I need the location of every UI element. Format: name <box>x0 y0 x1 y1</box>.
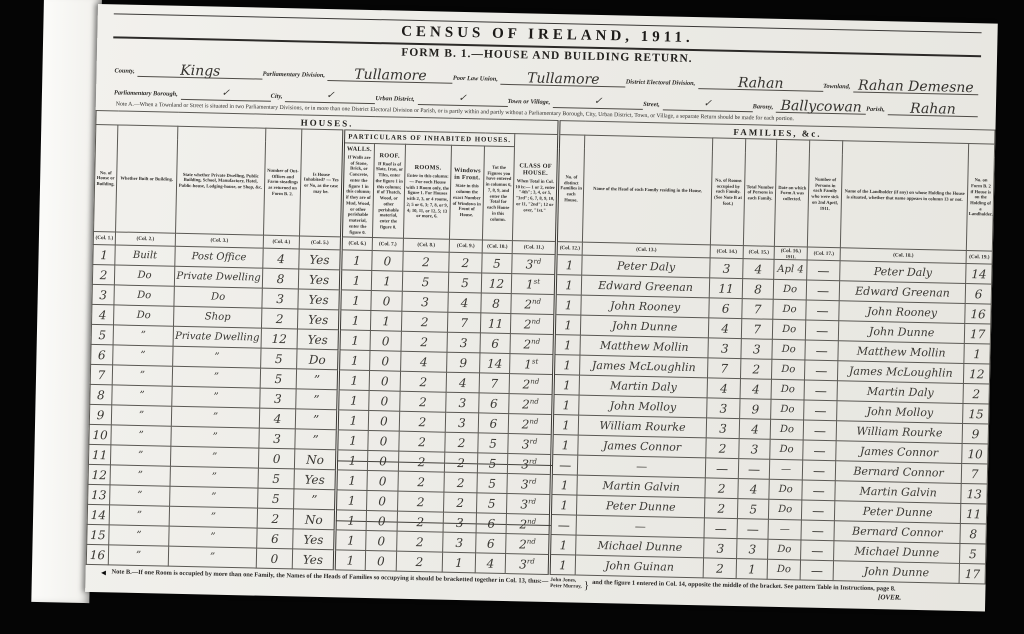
cell-rooms: 5 <box>402 271 448 292</box>
col-1-desc: No. of House or Building. <box>95 168 116 190</box>
cell-built: Do <box>114 265 174 286</box>
cell-walls: 1 <box>341 250 372 271</box>
field-value: Tullamore <box>501 72 626 88</box>
cell-inhabited: No <box>293 509 335 530</box>
cell-type: ” <box>168 546 256 568</box>
cell-families: 1 <box>556 255 582 276</box>
cell-date: Do <box>772 320 805 341</box>
cell-class: 2nd <box>506 514 551 535</box>
field-label: Town or Village, <box>507 98 553 108</box>
col-19-desc: No. on Form B. 2 if House is on the Hold… <box>968 175 994 220</box>
cell-landholder: William Rourke <box>836 421 962 444</box>
cell-form_no: 1 <box>964 344 991 365</box>
index-marker-icon: ◄ <box>99 568 107 579</box>
cell-landholder: John Molloy <box>837 401 963 424</box>
cell-sick: — <box>805 360 838 381</box>
cell-inhabited: Yes <box>297 329 339 350</box>
cell-class: 2nd <box>510 314 555 335</box>
field-value: ✓ <box>285 89 375 104</box>
cell-inhabited: ” <box>295 429 337 450</box>
cell-sick: — <box>804 400 837 421</box>
cell-persons: 4 <box>739 419 770 440</box>
col-19-header: No. on Form B. 2 if House is on the Hold… <box>966 144 994 252</box>
field-label: Urban District, <box>375 95 417 105</box>
cell-families: 1 <box>552 415 578 436</box>
cell-inhabited: ” <box>295 409 337 430</box>
cell-windows: 2 <box>449 253 482 274</box>
cell-built: ” <box>113 345 173 366</box>
cell-sick: — <box>803 440 836 461</box>
cell-inhabited: Yes <box>298 269 340 290</box>
col-label: (Col. 5.) <box>299 236 341 250</box>
col-1-header: No. of House or Building. <box>94 124 118 232</box>
col-11-header: CLASS OF HOUSE. When Total in Col. 10 is… <box>512 134 558 242</box>
cell-windows: 2 <box>445 432 478 453</box>
col-10-header: Tot the Figures you have entered in colu… <box>482 146 514 241</box>
cell-families: 1 <box>549 555 575 576</box>
cell-built: Built <box>115 245 175 266</box>
col-label: (Col. 2.) <box>115 232 175 246</box>
cell-outoffices: 5 <box>258 468 294 489</box>
col-label: (Col. 16.)1911. <box>774 247 807 261</box>
col-label: (Col. 10.) <box>482 240 512 254</box>
cell-date: Do <box>772 360 805 381</box>
col-label: (Col. 17.) <box>807 247 840 261</box>
cell-date: Do <box>770 440 803 461</box>
cell-head: Matthew Mollin <box>580 335 708 358</box>
cell-total: 4 <box>475 553 505 574</box>
cell-families: 1 <box>553 395 579 416</box>
cell-built: ” <box>111 425 171 446</box>
cell-no: 6 <box>91 345 113 365</box>
cell-families: — <box>550 515 576 536</box>
cell-head: John Guinan <box>575 555 703 578</box>
cell-rooms: 4 <box>401 351 447 372</box>
cell-roof: 0 <box>371 291 402 312</box>
cell-class: 2nd <box>508 414 553 435</box>
col-17-header: Number of Persons in each Family who wer… <box>807 140 842 248</box>
cell-type: ” <box>170 486 258 508</box>
cell-landholder: John Dunne <box>833 561 959 584</box>
cell-form_no: 5 <box>960 544 987 565</box>
col-11-desc: When Total in Col. 10 is:— 1 or 2, enter… <box>514 176 557 215</box>
cell-inhabited: Yes <box>294 469 336 490</box>
cell-inhabited: Yes <box>292 549 334 570</box>
cell-windows: 3 <box>445 412 478 433</box>
cell-families: 1 <box>550 535 576 556</box>
cell-windows: 9 <box>447 352 480 373</box>
cell-windows: 5 <box>448 272 481 293</box>
cell-roof: 0 <box>366 531 397 552</box>
cell-form_no: 10 <box>962 444 989 465</box>
cell-walls: 1 <box>334 550 365 571</box>
cell-type: Shop <box>173 307 261 329</box>
cell-form_no: 16 <box>965 304 992 325</box>
cell-total: 6 <box>476 533 506 554</box>
cell-rooms: 2 <box>397 531 443 552</box>
cell-outoffices: 5 <box>258 488 294 509</box>
cell-type: ” <box>171 426 259 448</box>
cell-landholder: John Dunne <box>838 321 964 344</box>
cell-sick: — <box>802 480 835 501</box>
cell-form_no: 12 <box>964 364 991 385</box>
cell-form_no: 15 <box>963 404 990 425</box>
cell-rooms_occ: 2 <box>703 558 736 579</box>
cell-walls: 1 <box>337 410 368 431</box>
cell-head: James Connor <box>578 435 706 458</box>
cell-head: John Rooney <box>581 295 709 318</box>
example-name-2: Peter Murray, <box>550 583 582 590</box>
cell-rooms_occ: 7 <box>708 358 741 379</box>
cell-landholder: John Rooney <box>839 301 965 324</box>
cell-head: John Molloy <box>579 395 707 418</box>
col-12-desc: No. of distinct Families in each House. <box>559 172 584 205</box>
cell-sick: — <box>802 460 835 481</box>
cell-type: Private Dwelling <box>173 327 261 349</box>
cell-landholder: James Connor <box>836 441 962 464</box>
cell-sick: — <box>801 520 834 541</box>
cell-persons: 4 <box>740 379 771 400</box>
cell-walls: 1 <box>339 310 370 331</box>
col-9-desc: State in this column the exact Number of… <box>450 181 483 220</box>
col-label: (Col. 4.) <box>263 235 299 249</box>
cell-rooms: 2 <box>400 391 446 412</box>
cell-sick: — <box>801 540 834 561</box>
cell-landholder: Matthew Mollin <box>838 341 964 364</box>
cell-date: Do <box>769 500 802 521</box>
cell-landholder: Martin Daly <box>837 381 963 404</box>
cell-outoffices: 12 <box>261 328 297 349</box>
cell-rooms: 2 <box>399 411 445 432</box>
cell-head: Martin Galvin <box>577 475 705 498</box>
cell-landholder: Peter Daly <box>840 261 966 284</box>
cell-walls: 1 <box>335 530 366 551</box>
col-label: (Col. 14.) <box>710 245 743 259</box>
cell-outoffices: 4 <box>263 248 299 269</box>
col-label: (Col. 12.) <box>556 242 582 256</box>
cell-form_no: 8 <box>960 524 987 545</box>
cell-rooms: 2 <box>398 451 444 472</box>
cell-date: — <box>768 520 801 541</box>
cell-rooms: 2 <box>398 491 444 512</box>
field-value: Rahan <box>888 102 978 117</box>
cell-outoffices: 8 <box>262 268 298 289</box>
cell-rooms_occ: 3 <box>710 258 743 279</box>
cell-rooms: 2 <box>401 331 447 352</box>
cell-roof: 0 <box>366 511 397 532</box>
cell-rooms_occ: — <box>705 458 738 479</box>
cell-type: Private Dwelling <box>174 267 262 289</box>
cell-total: 5 <box>476 493 506 514</box>
cell-total: 6 <box>478 413 508 434</box>
cell-no: 9 <box>89 405 111 425</box>
cell-no: 7 <box>90 365 112 385</box>
note-b-example-names: John Jones, Peter Murray, <box>550 578 582 591</box>
cell-outoffices: 6 <box>257 528 293 549</box>
cell-type: ” <box>170 446 258 468</box>
cell-class: 3rd <box>508 434 553 455</box>
cell-built: Do <box>114 285 174 306</box>
col-8-header: ROOMS. Enter in this column:— For each H… <box>403 144 451 239</box>
col-13-desc: Name of the Head of each Family residing… <box>584 184 711 197</box>
cell-date: Do <box>773 280 806 301</box>
cell-roof: 0 <box>367 471 398 492</box>
cell-head: Peter Dunne <box>577 495 705 518</box>
cell-head: — <box>576 515 704 538</box>
cell-class: 2nd <box>511 294 556 315</box>
col-3-desc: State whether Private Dwelling, Public B… <box>177 169 264 192</box>
cell-outoffices: 5 <box>261 348 297 369</box>
cell-inhabited: Do <box>297 349 339 370</box>
col-7-header: ROOF. If Roof is of Slate, Iron, or Tile… <box>372 144 405 239</box>
col-14-header: No. of Rooms occupied by each Family. (S… <box>710 138 745 246</box>
cell-rooms_occ: 2 <box>705 498 738 519</box>
cell-rooms: 2 <box>396 551 442 572</box>
cell-date: — <box>769 460 802 481</box>
cell-date: Do <box>772 340 805 361</box>
cell-windows: 2 <box>443 492 476 513</box>
col-7-desc: If Roof is of Slate, Iron, or Tiles, ent… <box>373 159 405 232</box>
cell-form_no: 14 <box>966 264 993 285</box>
cell-no: 3 <box>92 285 114 305</box>
cell-built: ” <box>110 465 170 486</box>
cell-type: ” <box>169 526 257 548</box>
cell-families: 1 <box>555 315 581 336</box>
cell-walls: 1 <box>340 270 371 291</box>
cell-rooms_occ: 3 <box>708 338 741 359</box>
col-12-header: No. of distinct Families in each House. <box>557 135 585 243</box>
cell-type: ” <box>172 386 260 408</box>
cell-walls: 1 <box>339 350 370 371</box>
cell-class: 2nd <box>509 374 554 395</box>
cell-rooms: 3 <box>402 291 448 312</box>
year-note: 1911. <box>775 254 807 260</box>
field-value: ✓ <box>181 87 271 102</box>
col-label: (Col. 15.) <box>743 246 774 260</box>
cell-head: James McLoughlin <box>580 355 708 378</box>
cell-inhabited: Yes <box>293 529 335 550</box>
cell-built: ” <box>112 385 172 406</box>
col-7-title: ROOF. <box>375 150 405 160</box>
cell-landholder: Peter Dunne <box>835 501 961 524</box>
cell-outoffices: 0 <box>256 548 292 569</box>
cell-total: 5 <box>477 473 507 494</box>
field-label: Townland, <box>823 83 853 93</box>
cell-persons: 8 <box>742 279 773 300</box>
cell-total: 11 <box>480 313 510 334</box>
cell-total: 6 <box>480 333 510 354</box>
cell-persons: 3 <box>739 439 770 460</box>
cell-type: ” <box>171 406 259 428</box>
col-11-title: CLASS OF HOUSE. <box>514 160 556 177</box>
cell-walls: 1 <box>340 290 371 311</box>
cell-landholder: Edward Greenan <box>839 281 965 304</box>
field-label: Parliamentary Division, <box>263 71 328 81</box>
cell-no: 1 <box>93 245 115 265</box>
cell-rooms_occ: 2 <box>706 438 739 459</box>
col-15-header: Total Number of Persons in each Family. <box>743 139 776 247</box>
cell-total: 12 <box>481 273 511 294</box>
field-value: ✓ <box>663 97 753 112</box>
cell-class: 3rd <box>507 454 552 475</box>
cell-class: 3rd <box>512 254 557 275</box>
field-label: County, <box>114 67 137 77</box>
field-value: ✓ <box>417 92 507 107</box>
cell-rooms: 2 <box>401 311 447 332</box>
cell-windows: 4 <box>446 372 479 393</box>
cell-head: Michael Dunne <box>576 535 704 558</box>
cell-persons: 5 <box>738 499 769 520</box>
cell-no: 8 <box>90 385 112 405</box>
cell-class: 2nd <box>506 534 551 555</box>
cell-sick: — <box>804 380 837 401</box>
col-10-desc: Tot the Figures you have entered in colu… <box>483 162 513 224</box>
field-value: Rahan Demesne <box>853 80 978 96</box>
cell-class: 1st <box>510 354 555 375</box>
cell-rooms_occ: 4 <box>707 378 740 399</box>
cell-persons: — <box>738 459 769 480</box>
cell-head: William Rourke <box>578 415 706 438</box>
cell-head: Edward Greenan <box>581 275 709 298</box>
cell-total: 5 <box>477 453 507 474</box>
cell-walls: 1 <box>338 370 369 391</box>
cell-outoffices: 0 <box>258 448 294 469</box>
cell-families: 1 <box>555 295 581 316</box>
col-13-header: Name of the Head of each Family residing… <box>583 135 713 245</box>
cell-persons: 3 <box>737 539 768 560</box>
cell-class: 2nd <box>509 394 554 415</box>
col-6-desc: If Walls are of Stone, Brick, or Concret… <box>343 152 374 237</box>
cell-persons: 2 <box>741 359 772 380</box>
cell-rooms_occ: 3 <box>706 418 739 439</box>
cell-built: ” <box>109 505 169 526</box>
cell-roof: 0 <box>368 431 399 452</box>
cell-built: ” <box>112 365 172 386</box>
field-label: City, <box>271 93 286 102</box>
cell-no: 11 <box>88 445 110 465</box>
col-label: (Col. 6.) <box>341 237 372 251</box>
cell-built: ” <box>111 405 171 426</box>
cell-form_no: 7 <box>961 464 988 485</box>
cell-date: Apl 4 <box>774 260 807 281</box>
cell-no: 12 <box>88 465 110 485</box>
cell-inhabited: Yes <box>298 289 340 310</box>
cell-landholder: Bernard Connor <box>835 461 961 484</box>
cell-rooms_occ: 11 <box>709 278 742 299</box>
col-2-header: Whether Built or Building. <box>116 125 178 234</box>
cell-head: John Dunne <box>580 315 708 338</box>
cell-roof: 0 <box>370 351 401 372</box>
col-4-header: Number of Out-Offices and Farm-steadings… <box>263 128 301 236</box>
cell-persons: 3 <box>741 339 772 360</box>
cell-type: ” <box>173 346 261 368</box>
col-9-header: Windows in Front. State in this column t… <box>449 145 484 240</box>
cell-windows: 2 <box>444 472 477 493</box>
census-form-page: CENSUS OF IRELAND, 1911. FORM B. 1.—HOUS… <box>85 4 998 611</box>
cell-sick: — <box>800 560 833 581</box>
cell-persons: 7 <box>741 319 772 340</box>
cell-total: 7 <box>479 373 509 394</box>
cell-landholder: Martin Galvin <box>835 481 961 504</box>
cell-no: 4 <box>92 305 114 325</box>
col-5-header: Is House Inhabited? — Yes or No, as the … <box>299 129 343 237</box>
cell-rooms_occ: 3 <box>704 538 737 559</box>
cell-outoffices: 4 <box>259 408 295 429</box>
cell-total: 14 <box>480 353 510 374</box>
cell-rooms_occ: — <box>704 518 737 539</box>
cell-inhabited: Yes <box>297 309 339 330</box>
cell-date: Do <box>769 480 802 501</box>
cell-rooms_occ: 2 <box>705 478 738 499</box>
col-15-desc: Total Number of Persons in each Family. <box>745 182 775 204</box>
cell-families: — <box>551 455 577 476</box>
cell-persons: 4 <box>743 259 774 280</box>
cell-outoffices: 3 <box>260 388 296 409</box>
col-14-desc: No. of Rooms occupied by each Family. (S… <box>712 175 745 208</box>
cell-date: Do <box>773 300 806 321</box>
cell-no: 2 <box>92 265 114 285</box>
cell-outoffices: 3 <box>262 288 298 309</box>
col-3-header: State whether Private Dwelling, Public B… <box>176 126 266 235</box>
col-16-header: Date on which Form A was collected. <box>774 139 809 247</box>
col-label: (Col. 8.) <box>403 239 449 253</box>
cell-inhabited: ” <box>294 489 336 510</box>
cell-inhabited: ” <box>296 389 338 410</box>
cell-walls: 1 <box>336 450 367 471</box>
cell-walls: 1 <box>337 430 368 451</box>
col-18-header: Name of the Landholder (if any) on whose… <box>840 141 968 251</box>
bracket-glyph: } <box>584 579 590 593</box>
cell-walls: 1 <box>335 510 366 531</box>
cell-persons: 4 <box>738 479 769 500</box>
cell-sick: — <box>805 320 838 341</box>
field-label: District Electoral Division, <box>626 79 699 90</box>
cell-class: 3rd <box>506 494 551 515</box>
cell-walls: 1 <box>336 470 367 491</box>
cell-no: 16 <box>86 545 108 565</box>
cell-class: 2nd <box>510 334 555 355</box>
col-label: (Col. 7.) <box>372 238 403 252</box>
cell-no: 15 <box>87 525 109 545</box>
cell-families: 1 <box>554 335 580 356</box>
cell-type: ” <box>170 466 258 488</box>
cell-roof: 0 <box>370 331 401 352</box>
table-body: 1BuiltPost Office4Yes102253rd1Peter Daly… <box>86 245 992 585</box>
cell-roof: 1 <box>370 311 401 332</box>
col-6-title: WALLS. <box>345 143 374 153</box>
cell-form_no: 13 <box>961 484 988 505</box>
cell-windows: 3 <box>446 392 479 413</box>
col-label: (Col. 1.) <box>93 232 115 245</box>
cell-no: 5 <box>91 325 113 345</box>
cell-rooms: 2 <box>398 471 444 492</box>
cell-rooms: 2 <box>403 251 449 272</box>
cell-form_no: 9 <box>962 424 989 445</box>
cell-sick: — <box>806 300 839 321</box>
cell-roof: 0 <box>367 451 398 472</box>
cell-date: Do <box>770 420 803 441</box>
cell-built: ” <box>110 445 170 466</box>
cell-windows: 3 <box>447 332 480 353</box>
col-4-desc: Number of Out-Offices and Farm-steadings… <box>265 165 301 198</box>
cell-type: Do <box>174 287 262 309</box>
cell-outoffices: 5 <box>260 368 296 389</box>
cell-total: 6 <box>479 393 509 414</box>
cell-roof: 0 <box>372 251 403 272</box>
cell-date: Do <box>768 540 801 561</box>
cell-class: 3rd <box>507 474 552 495</box>
cell-windows: 4 <box>448 292 481 313</box>
